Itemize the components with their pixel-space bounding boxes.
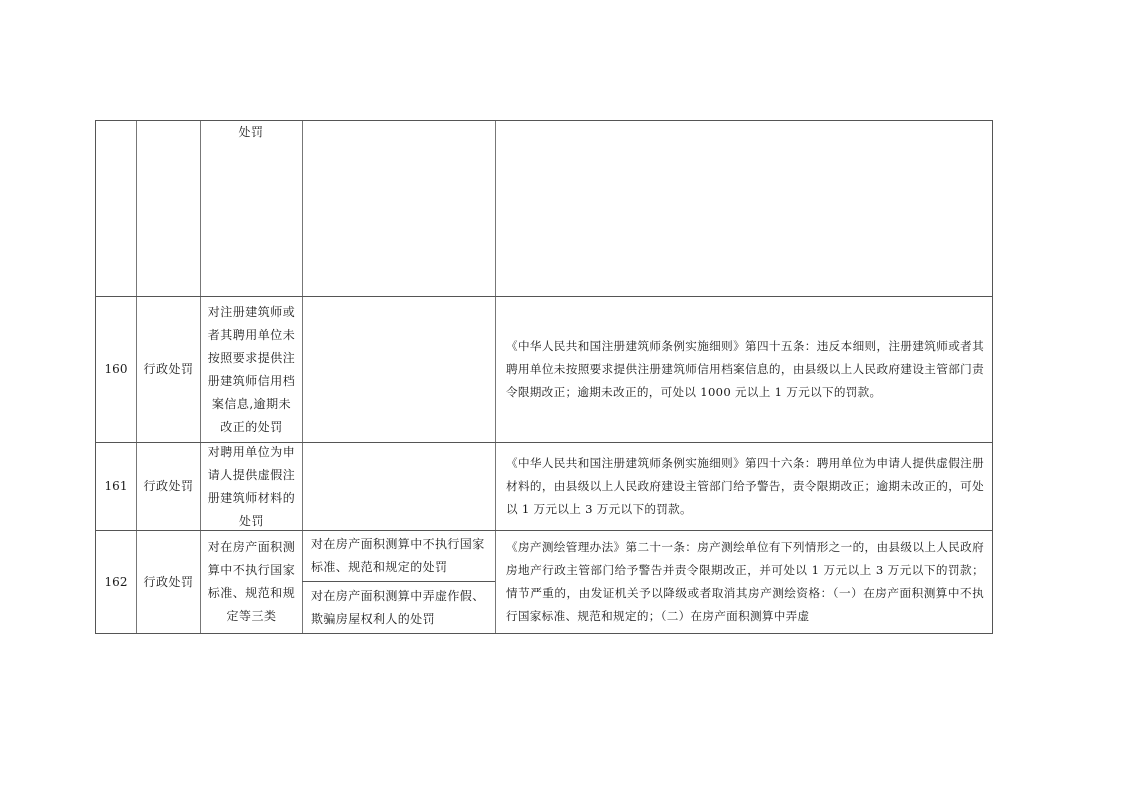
item-cell: 对在房产面积测算中不执行国家标准、规范和规定等三类 bbox=[201, 531, 302, 633]
index-cell: 160 bbox=[96, 297, 136, 442]
penalty-table: 处罚 160 行政处罚 对注册建筑师或者其聘用单位未按照要求提供注册建筑师信用档… bbox=[95, 120, 993, 634]
category-cell: 行政处罚 bbox=[137, 531, 200, 633]
index-cell: 162 bbox=[96, 531, 136, 633]
document-page: 处罚 160 行政处罚 对注册建筑师或者其聘用单位未按照要求提供注册建筑师信用档… bbox=[0, 0, 1122, 793]
legal-basis-cell: 《房产测绘管理办法》第二十一条：房产测绘单位有下列情形之一的，由县级以上人民政府… bbox=[496, 531, 992, 633]
item-cell: 对聘用单位为申请人提供虚假注册建筑师材料的处罚 bbox=[201, 443, 302, 530]
legal-basis-cell: 《中华人民共和国注册建筑师条例实施细则》第四十五条：违反本细则，注册建筑师或者其… bbox=[496, 297, 992, 442]
category-cell: 行政处罚 bbox=[137, 443, 200, 530]
sub-item-cell: 对在房产面积测算中弄虚作假、欺骗房屋权利人的处罚 bbox=[303, 582, 495, 633]
sub-item-cell: 对在房产面积测算中不执行国家标准、规范和规定的处罚 bbox=[303, 531, 495, 581]
item-cell: 对注册建筑师或者其聘用单位未按照要求提供注册建筑师信用档案信息,逾期未改正的处罚 bbox=[201, 297, 302, 442]
index-cell: 161 bbox=[96, 443, 136, 530]
table-row-continued: 处罚 bbox=[200, 121, 302, 143]
legal-basis-cell: 《中华人民共和国注册建筑师条例实施细则》第四十六条：聘用单位为申请人提供虚假注册… bbox=[496, 443, 992, 530]
category-cell: 行政处罚 bbox=[137, 297, 200, 442]
item-cell: 处罚 bbox=[238, 121, 263, 144]
